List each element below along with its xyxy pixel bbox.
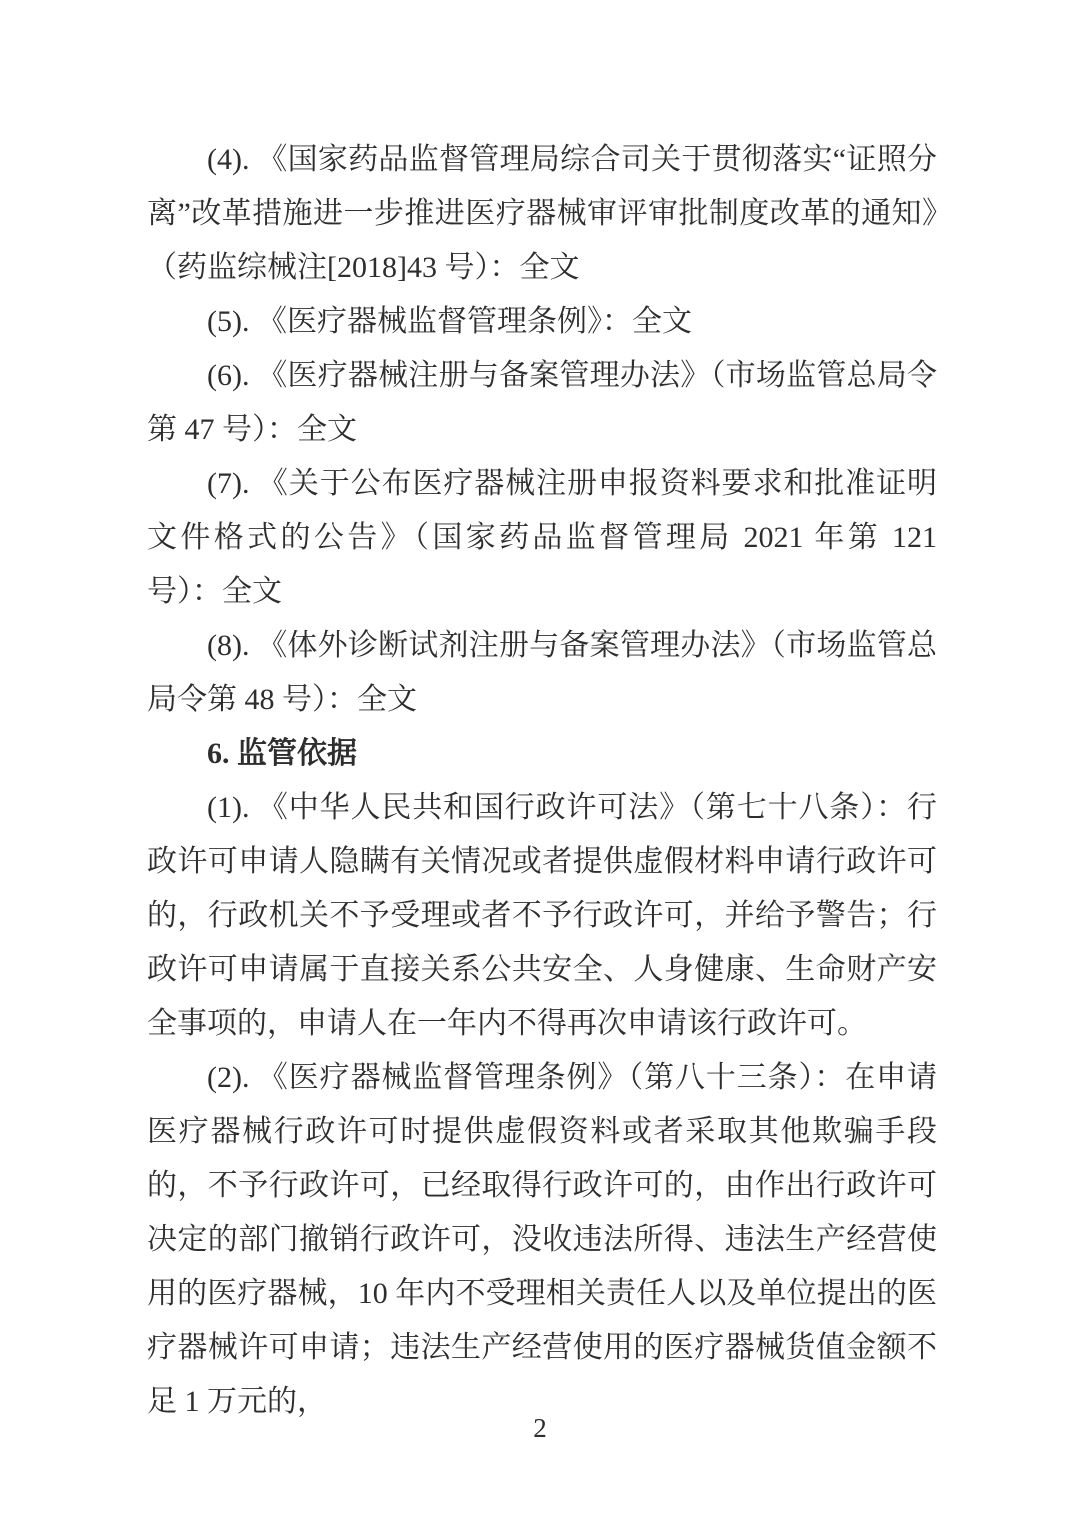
document-page: (4). 《国家药品监督管理局综合司关于贯彻落实“证照分离”改革措施进一步推进医… (0, 0, 1080, 1528)
section-heading-supervision-basis: 6. 监管依据 (147, 727, 937, 781)
document-body: (4). 《国家药品监督管理局综合司关于贯彻落实“证照分离”改革措施进一步推进医… (147, 133, 937, 1429)
paragraph-basis-2: (2). 《医疗器械监督管理条例》（第八十三条）：在申请医疗器械行政许可时提供虚… (147, 1051, 937, 1429)
paragraph-basis-1: (1). 《中华人民共和国行政许可法》（第七十八条）：行政许可申请人隐瞒有关情况… (147, 781, 937, 1051)
paragraph-item-5: (5). 《医疗器械监督管理条例》：全文 (147, 295, 937, 349)
paragraph-item-6: (6). 《医疗器械注册与备案管理办法》（市场监管总局令第 47 号）：全文 (147, 349, 937, 457)
page-number: 2 (0, 1408, 1080, 1448)
paragraph-item-7: (7). 《关于公布医疗器械注册申报资料要求和批准证明文件格式的公告》（国家药品… (147, 457, 937, 619)
paragraph-item-4: (4). 《国家药品监督管理局综合司关于贯彻落实“证照分离”改革措施进一步推进医… (147, 133, 937, 295)
paragraph-item-8: (8). 《体外诊断试剂注册与备案管理办法》（市场监管总局令第 48 号）：全文 (147, 619, 937, 727)
